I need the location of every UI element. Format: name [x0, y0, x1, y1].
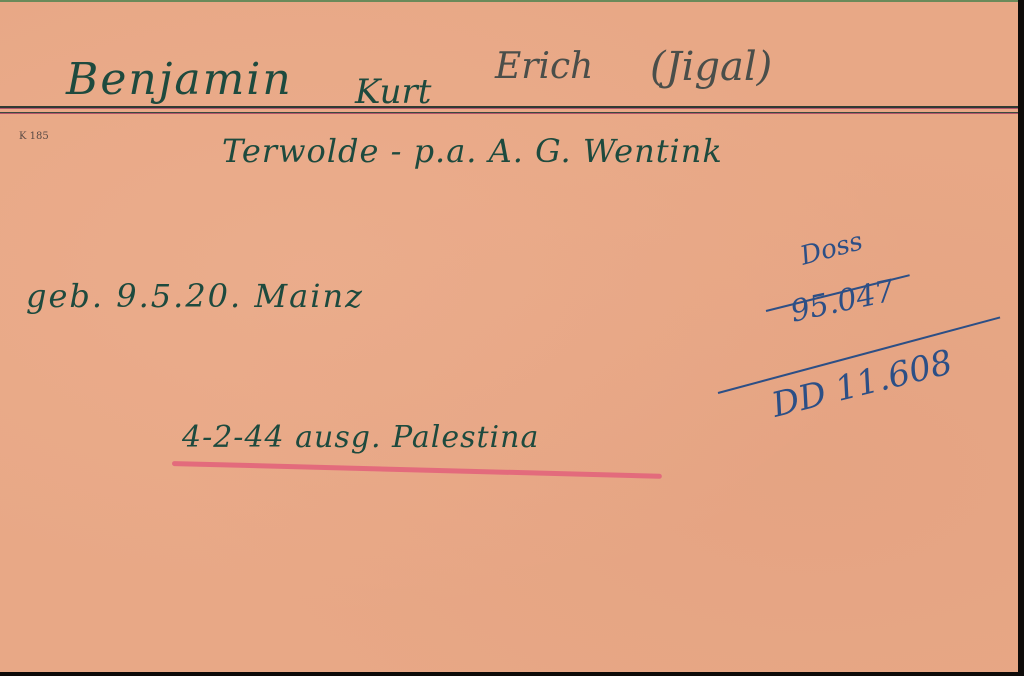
red-underline: [172, 461, 662, 479]
emigration-line: 4-2-44 ausg. Palestina: [182, 420, 539, 455]
surname: Benjamin: [66, 54, 293, 105]
given-name-2: Erich: [495, 46, 593, 87]
scan-edge-right: [1018, 0, 1024, 676]
given-name-1: Kurt: [355, 72, 431, 112]
alias-name: (Jigal): [650, 44, 772, 90]
header-rule-top: [0, 106, 1018, 108]
address-line: Terwolde - p.a. A. G. Wentink: [222, 132, 723, 170]
index-card: K 185 Benjamin Kurt Erich (Jigal) Terwol…: [0, 0, 1018, 674]
scan-edge-bottom: [0, 672, 1024, 676]
header-rule-bottom: [0, 112, 1018, 113]
reference-number: 95.047: [788, 273, 898, 329]
card-form-code: K 185: [19, 131, 49, 142]
reference-dossier: Doss: [797, 226, 866, 271]
birth-line: geb. 9.5.20. Mainz: [26, 277, 364, 315]
